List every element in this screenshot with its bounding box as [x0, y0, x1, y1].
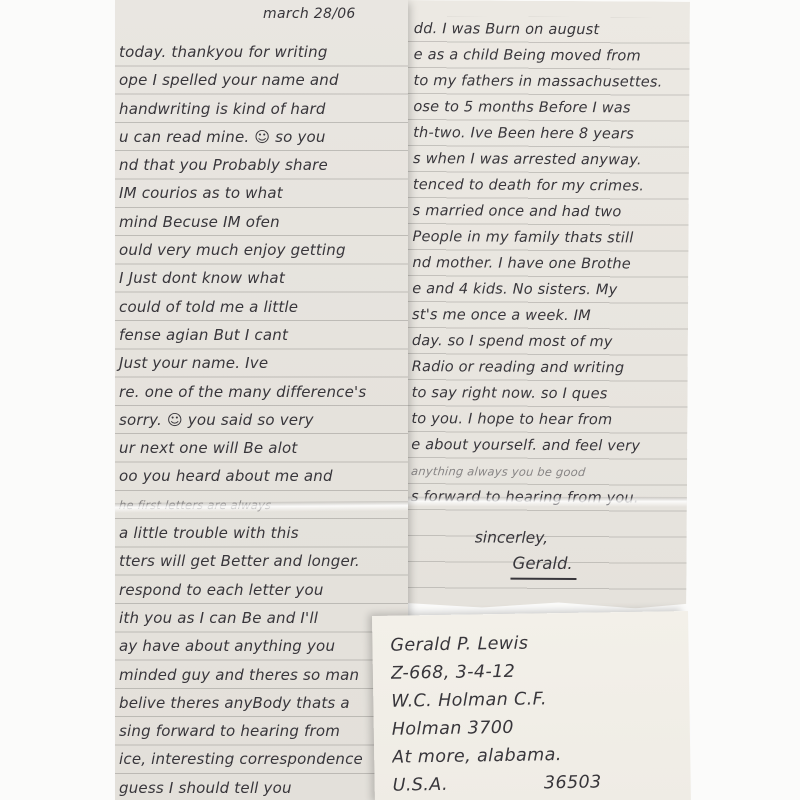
handwriting-line: minded guy and theres so man	[115, 661, 408, 689]
handwriting-line: re. one of the many difference's	[115, 378, 408, 406]
handwriting-line: to say right now. so I ques	[404, 380, 688, 408]
address-card: Gerald P. Lewis Z-668, 3-4-12 W.C. Holma…	[372, 611, 691, 800]
handwriting-line: could of told me a little	[115, 293, 408, 321]
handwriting-line: e as a child Being moved from	[406, 42, 690, 70]
handwriting-line: sorry. ☺ you said so very	[115, 406, 408, 434]
right-page-ruled-area: dd. I was Burn on august e as a child Be…	[402, 16, 690, 609]
signature-line: Gerald.	[402, 550, 686, 580]
date-text: march 28/06	[263, 6, 356, 22]
handwriting-line: tenced to death for my crimes.	[405, 172, 689, 200]
handwriting-line-faint: anything always you be good	[402, 458, 688, 486]
left-page-ruled-area: today. thankyou for writing ope I spelle…	[115, 38, 408, 800]
handwriting-line: sing forward to hearing from	[115, 717, 408, 745]
signature-text: Gerald.	[510, 551, 576, 580]
handwriting-line: e and 4 kids. No sisters. My	[404, 276, 688, 304]
handwriting-line: u can read mine. ☺ so you	[115, 123, 408, 151]
handwriting-line: handwriting is kind of hard	[115, 95, 408, 123]
handwriting-line: fense agian But I cant	[115, 321, 408, 349]
handwriting-line: guess I should tell you	[115, 774, 408, 800]
handwriting-line: s forward to hearing from you.	[403, 484, 687, 512]
handwriting-line: ith you as I can Be and I'll	[115, 604, 408, 632]
handwriting-line: to you. I hope to hear from	[403, 406, 687, 434]
handwriting-line: ould very much enjoy getting	[115, 236, 408, 264]
handwriting-line: e about yourself. and feel very	[403, 432, 687, 460]
closing-text: sincerley,	[403, 524, 687, 552]
handwriting-line: IM courios as to what	[115, 179, 408, 207]
handwriting-line: dd. I was Burn on august	[406, 16, 690, 44]
handwriting-line: oo you heard about me and	[115, 462, 408, 490]
letter-photo: dd. I was Burn on august e as a child Be…	[0, 0, 800, 800]
handwriting-line: I Just dont know what	[115, 264, 408, 292]
handwriting-line: People in my family thats still	[404, 224, 688, 252]
handwriting-line: nd mother. I have one Brothe	[404, 250, 688, 278]
handwriting-line: a little trouble with this	[115, 519, 408, 547]
handwriting-line: Radio or reading and writing	[404, 354, 688, 382]
handwriting-line-faint: he first letters are always	[115, 491, 408, 519]
handwriting-line: ice, interesting correspondence	[115, 745, 408, 773]
handwriting-line: s when I was arrested anyway.	[405, 146, 689, 174]
handwriting-line: ose to 5 months Before I was	[405, 94, 689, 122]
address-line: U.S.A. 36503	[392, 767, 690, 800]
handwriting-line: tters will get Better and longer.	[115, 547, 408, 575]
handwriting-line: mind Becuse IM ofen	[115, 208, 408, 236]
handwriting-line: to my fathers in massachusettes.	[405, 68, 689, 96]
handwriting-line: day. so I spend most of my	[404, 328, 688, 356]
handwriting-line: Just your name. Ive	[115, 349, 408, 377]
handwriting-line: respond to each letter you	[115, 576, 408, 604]
right-letter-page: dd. I was Burn on august e as a child Be…	[402, 0, 690, 609]
country-text: U.S.A.	[392, 771, 448, 800]
handwriting-line: th-two. Ive Been here 8 years	[405, 120, 689, 148]
handwriting-line: s married once and had two	[405, 198, 689, 226]
handwriting-line: today. thankyou for writing	[115, 38, 408, 66]
left-letter-page: march 28/06 today. thankyou for writing …	[115, 0, 408, 800]
zip-code-text: 36503	[544, 768, 602, 797]
handwriting-line: nd that you Probably share	[115, 151, 408, 179]
handwriting-line: ay have about anything you	[115, 632, 408, 660]
handwriting-line: belive theres anyBody thats a	[115, 689, 408, 717]
handwriting-line: st's me once a week. IM	[404, 302, 688, 330]
handwriting-line: ur next one will Be alot	[115, 434, 408, 462]
handwriting-line: ope I spelled your name and	[115, 66, 408, 94]
